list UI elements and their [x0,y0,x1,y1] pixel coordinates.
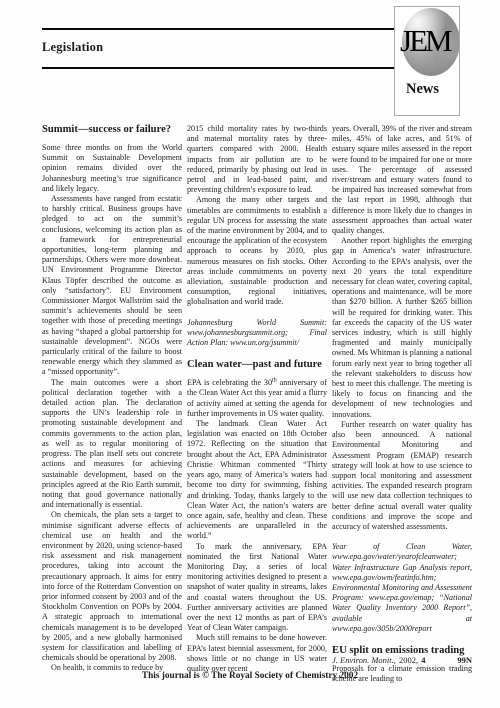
copyright-footer: This journal is © The Royal Society of C… [0,671,500,681]
journal-logo: JEM News [394,6,460,116]
article-heading-clean-water: Clean water—past and future [187,359,327,371]
paragraph: Assessments have ranged from ecstatic to… [42,194,182,378]
section-label: Legislation [42,40,103,55]
journal-year: 2002, [399,655,418,665]
paragraph: Among the many other targets and timetab… [187,195,327,307]
journal-logo-text: JEM [400,23,450,59]
header-rule-bottom [42,67,394,69]
column-3: years. Overall, 39% of the river and str… [332,124,472,684]
paragraph: To mark the anniversary, EPA nominated t… [187,542,327,634]
paragraph: 2015 child mortality rates by two-thirds… [187,124,327,195]
column-2: 2015 child mortality rates by two-thirds… [187,124,327,674]
paragraph: Further research on water quality has al… [332,420,472,532]
journal-reference: J. Environ. Monit., 2002, 4 99N [332,655,472,665]
paragraph: Some three months on from the World Summ… [42,143,182,194]
paragraph: On chemicals, the plan sets a target to … [42,510,182,663]
paragraph: The main outcomes were a short political… [42,378,182,511]
paragraph: Much still remains to be done however. E… [187,633,327,674]
journal-title: J. Environ. Monit., [332,655,396,665]
journal-logo-news-label: News [406,81,439,98]
paragraph-text: EPA is celebrating the 30 [187,378,272,387]
journal-volume: 4 [421,655,425,665]
article-heading-summit: Summit—success or failure? [42,124,182,136]
column-1: Summit—success or failure? Some three mo… [42,124,182,674]
paragraph: years. Overall, 39% of the river and str… [332,124,472,236]
journal-citation: J. Environ. Monit., 2002, 4 [332,655,426,665]
header-rule-top [42,28,394,30]
journal-page: Legislation JEM News Summit—success or f… [0,0,500,708]
source-citation: Year of Clean Water, www.epa.gov/water/y… [332,542,472,634]
page-number: 99N [457,655,472,665]
paragraph: Another report highlights the emerging g… [332,236,472,420]
paragraph: EPA is celebrating the 30th anniversary … [187,378,327,419]
paragraph: The landmark Clean Water Act legislation… [187,419,327,541]
source-citation: Johannesburg World Summit: www.johannesb… [187,318,327,349]
